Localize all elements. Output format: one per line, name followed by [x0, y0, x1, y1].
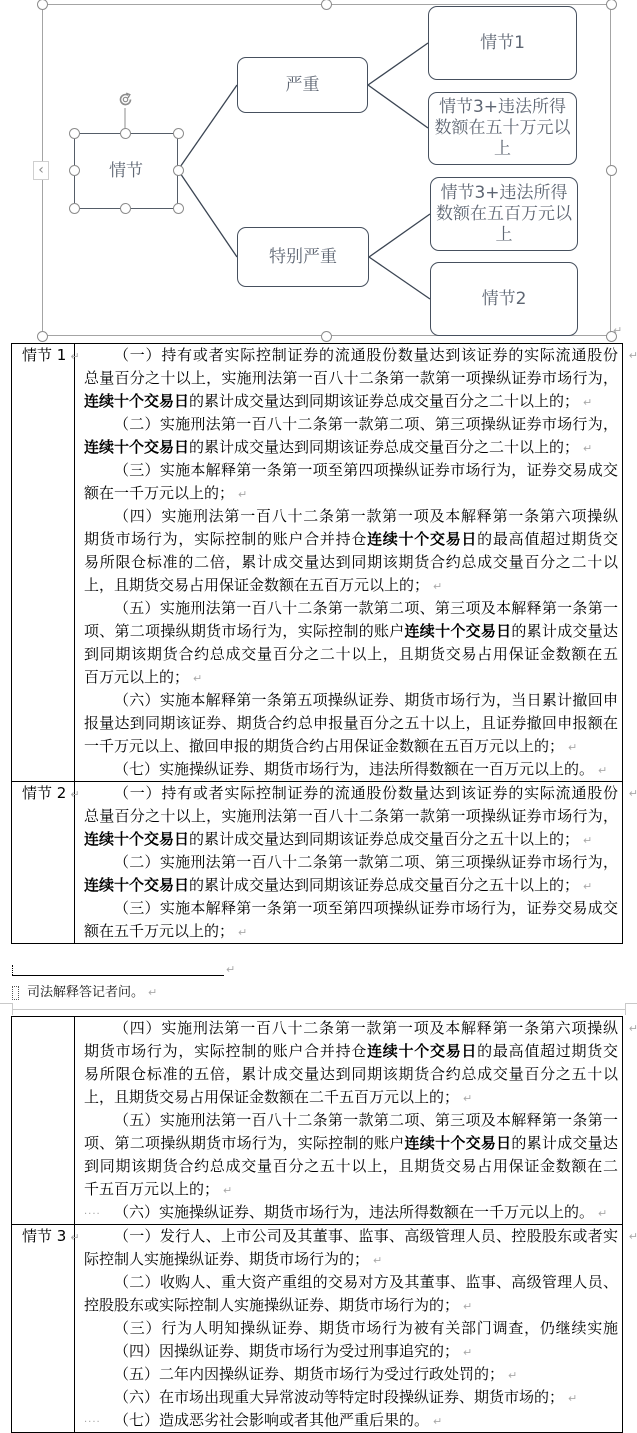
text-segment: （四）因操纵证券、期货市场行为受过刑事追究的； — [114, 1342, 459, 1360]
text-segment: （六）在市场出现重大异常波动等特定时段操纵证券、期货市场的； — [114, 1388, 564, 1406]
rotate-handle-icon[interactable] — [117, 91, 134, 108]
clause-paragraph: （五）实施刑法第一百八十二条第一款第二项、第三项及本解释第一条第一 项、第二项操… — [84, 597, 618, 689]
node-root[interactable]: 情节 — [74, 133, 178, 209]
text-line: 总量百分之十以上，实施刑法第一百八十二条第一款第一项操纵证券市场行为， — [84, 367, 618, 390]
criteria-table-continued: （四）实施刑法第一百八十二条第一款第一项及本解释第一条第六项操纵 期货市场行为，… — [11, 1016, 623, 1433]
paragraph-mark: ↵ — [583, 880, 592, 893]
text-segment: 控股股东或实际控制人实施操纵证券、期货市场行为的； — [84, 1296, 459, 1314]
node-resize-handle-bottom-left[interactable] — [69, 203, 80, 214]
text-line: 期货市场行为，实际控制的账户合并持仓连续十个交易日的最高值超过期货交 — [84, 1040, 618, 1063]
node-label: 特别严重 — [269, 247, 337, 268]
end-of-row-mark: ↵ — [629, 1225, 637, 1248]
frame-resize-handle-bottom[interactable] — [321, 331, 332, 342]
text-line: （六）实施本解释第一条第五项操纵证券、期货市场行为，当日累计撤回申 — [84, 689, 618, 712]
text-segment: 的最高值超过期货交 — [477, 530, 618, 548]
paragraph-mark: ↵ — [463, 1092, 472, 1105]
text-line: （五）二年内因操纵证券、期货市场行为受过行政处罚的；↵ — [84, 1363, 618, 1386]
text-line: （五）实施刑法第一百八十二条第一款第二项、第三项及本解释第一条第一 — [84, 597, 618, 620]
paragraph-mark: ↵ — [373, 1254, 382, 1267]
clause-paragraph: （二）实施刑法第一百八十二条第一款第二项、第三项操纵证券市场行为， 连续十个交易… — [84, 413, 618, 459]
text-line: （四）实施刑法第一百八十二条第一款第一项及本解释第一条第六项操纵 — [84, 505, 618, 528]
node-leaf-plot-3-500k[interactable]: 情节3+违法所得 数额在五十万元以 上 — [428, 92, 577, 165]
node-label: 严重 — [286, 75, 320, 96]
row-content-cell[interactable]: （一）持有或者实际控制证券的流通股份数量达到该证券的实际流通股份 总量百分之十以… — [75, 344, 622, 781]
paragraph-mark: ↵ — [583, 442, 592, 455]
text-line: 额在五千万元以上的；↵ — [84, 920, 618, 943]
text-line: （二）实施刑法第一百八十二条第一款第二项、第三项操纵证券市场行为， — [84, 851, 618, 874]
text-line: 连续十个交易日的累计成交量达到同期该证券总成交量百分之五十以上的；↵ — [84, 874, 618, 897]
paragraph-mark: ↵ — [598, 764, 607, 777]
text-segment: （七）实施操纵证券、期货市场行为，违法所得数额在一百万元以上的。 — [114, 760, 594, 778]
paragraph-mark: ↵ — [583, 834, 592, 847]
node-especially-serious[interactable]: 特别严重 — [237, 227, 369, 287]
text-line: （四）实施刑法第一百八十二条第一款第一项及本解释第一条第六项操纵 — [84, 1017, 618, 1040]
paragraph-mark: ↵ — [598, 1207, 607, 1220]
footnote-separator — [12, 975, 224, 976]
criteria-table: 情节 1↵ （一）持有或者实际控制证券的流通股份数量达到该证券的实际流通股份 总… — [11, 343, 623, 944]
text-line: 总量百分之十以上，实施刑法第一百八十二条第一款第一项操纵证券市场行为， — [84, 805, 618, 828]
paragraph-mark: ↵ — [463, 1300, 472, 1313]
text-line: （三）行为人明知操纵证券、期货市场行为被有关部门调查，仍继续实施的；↵ — [84, 1317, 618, 1340]
paragraph-mark: ↵ — [433, 580, 442, 593]
clause-paragraph: ····（七）造成恶劣社会影响或者其他严重后果的。↵ — [84, 1409, 618, 1432]
text-segment: （三）行为人明知操纵证券、期货市场行为被有关部门调查，仍继续实施的； — [84, 1319, 618, 1340]
row-label-cell[interactable] — [12, 1017, 75, 1224]
row-label: 情节 2 — [22, 784, 66, 802]
text-segment: 的累计成交量达到同期该证券总成交量百分之五十以上的； — [189, 876, 579, 894]
clause-paragraph: （三）行为人明知操纵证券、期货市场行为被有关部门调查，仍继续实施的；↵ — [84, 1317, 618, 1340]
text-segment: 一千万元以上、撤回申报的期货合约占用保证金数额在五百万元以上的； — [84, 737, 564, 755]
node-leaf-plot-2[interactable]: 情节2 — [430, 262, 578, 336]
text-line: （一）持有或者实际控制证券的流通股份数量达到该证券的实际流通股份 — [84, 782, 618, 805]
text-segment: 上，且期货交易占用保证金数额在五百万元以上的； — [84, 576, 429, 594]
clause-paragraph: （六）实施本解释第一条第五项操纵证券、期货市场行为，当日累计撤回申 报量达到同期… — [84, 689, 618, 758]
indent-leader-dots: ···· — [84, 1203, 114, 1224]
clause-paragraph: （一）发行人、上市公司及其董事、监事、高级管理人员、控股股东或者实 际控制人实施… — [84, 1225, 618, 1271]
bold-phrase: 连续十个交易日 — [405, 1134, 512, 1152]
text-line: （三）实施本解释第一条第一项至第四项操纵证券市场行为，证券交易成交 — [84, 459, 618, 482]
row-label-cell[interactable]: 情节 1↵ — [12, 344, 75, 781]
table-row-plot-2-continued: （四）实施刑法第一百八十二条第一款第一项及本解释第一条第六项操纵 期货市场行为，… — [12, 1017, 622, 1224]
paragraph-mark: ↵ — [238, 926, 247, 939]
bold-phrase: 连续十个交易日 — [367, 530, 477, 548]
clause-paragraph: （一）持有或者实际控制证券的流通股份数量达到该证券的实际流通股份 总量百分之十以… — [84, 344, 618, 413]
paragraph-mark: ↵ — [238, 488, 247, 501]
text-line: ····（六）实施操纵证券、期货市场行为，违法所得数额在一千万元以上的。↵ — [84, 1201, 618, 1224]
text-line: 连续十个交易日的累计成交量达到同期该证券总成交量百分之五十以上的；↵ — [84, 828, 618, 851]
text-line: 期货市场行为，实际控制的账户合并持仓连续十个交易日的最高值超过期货交 — [84, 528, 618, 551]
text-segment: 期货市场行为，实际控制的账户合并持仓 — [84, 530, 367, 548]
text-line: 项、第二项操纵期货市场行为，实际控制的账户连续十个交易日的累计成交量达 — [84, 620, 618, 643]
node-label: 情节1 — [480, 33, 525, 54]
chevron-left-icon: ‹ — [38, 162, 44, 178]
smartart-hierarchy-diagram[interactable]: ‹ 情节 严重 特别严重 情节1 情节3+违法所得 数额在五十万元以 上 情节3… — [0, 0, 637, 342]
end-of-row-mark: ↵ — [629, 782, 637, 805]
row-content-cell[interactable]: （一）发行人、上市公司及其董事、监事、高级管理人员、控股股东或者实 际控制人实施… — [75, 1225, 622, 1432]
text-segment: 额在五千万元以上的； — [84, 922, 234, 940]
text-line: （一）持有或者实际控制证券的流通股份数量达到该证券的实际流通股份 — [84, 344, 618, 367]
page-corner-mark-right — [625, 1003, 637, 1004]
text-line: （三）实施本解释第一条第一项至第四项操纵证券市场行为，证券交易成交 — [84, 897, 618, 920]
text-line: （四）因操纵证券、期货市场行为受过刑事追究的；↵ — [84, 1340, 618, 1363]
clause-paragraph: （四）实施刑法第一百八十二条第一款第一项及本解释第一条第六项操纵 期货市场行为，… — [84, 1017, 618, 1109]
text-line: 际控制人实施操纵证券、期货市场行为的；↵ — [84, 1248, 618, 1271]
bold-phrase: 连续十个交易日 — [367, 1042, 477, 1060]
text-line: 连续十个交易日的累计成交量达到同期该证券总成交量百分之二十以上的；↵ — [84, 436, 618, 459]
text-line: （一）发行人、上市公司及其董事、监事、高级管理人员、控股股东或者实 — [84, 1225, 618, 1248]
clause-paragraph: （二）收购人、重大资产重组的交易对方及其董事、监事、高级管理人员、 控股股东或实… — [84, 1271, 618, 1317]
clause-paragraph: （四）实施刑法第一百八十二条第一款第一项及本解释第一条第六项操纵 期货市场行为，… — [84, 505, 618, 597]
paragraph-mark: ↵ — [583, 396, 592, 409]
text-line: 控股股东或实际控制人实施操纵证券、期货市场行为的；↵ — [84, 1294, 618, 1317]
clause-paragraph: （七）实施操纵证券、期货市场行为，违法所得数额在一百万元以上的。↵ — [84, 758, 618, 781]
text-pane-toggle-button[interactable]: ‹ — [33, 161, 49, 180]
table-row-plot-3: 情节 3↵ （一）发行人、上市公司及其董事、监事、高级管理人员、控股股东或者实 … — [12, 1224, 622, 1432]
text-line: （七）实施操纵证券、期货市场行为，违法所得数额在一百万元以上的。↵ — [84, 758, 618, 781]
text-line: （二）实施刑法第一百八十二条第一款第二项、第三项操纵证券市场行为， — [84, 413, 618, 436]
text-segment: （六）实施操纵证券、期货市场行为，违法所得数额在一千万元以上的。 — [114, 1203, 594, 1221]
text-line: 上，且期货交易占用保证金数额在五百万元以上的；↵ — [84, 574, 618, 597]
text-segment: 的累计成交量达到同期该证券总成交量百分之二十以上的； — [189, 392, 579, 410]
text-segment: 的累计成交量达到同期该证券总成交量百分之二十以上的； — [189, 438, 579, 456]
paragraph-mark: ↵ — [508, 1369, 517, 1382]
bold-phrase: 连续十个交易日 — [84, 830, 189, 848]
bold-phrase: 连续十个交易日 — [405, 622, 512, 640]
paragraph-mark: ↵ — [226, 963, 235, 976]
bold-phrase: 连续十个交易日 — [84, 392, 189, 410]
page-corner-mark-right — [625, 1003, 626, 1015]
text-line: 连续十个交易日的累计成交量达到同期该证券总成交量百分之二十以上的；↵ — [84, 390, 618, 413]
node-resize-handle-left[interactable] — [69, 165, 80, 176]
node-label-line: 上 — [496, 225, 513, 246]
paragraph-mark: ↵ — [568, 741, 577, 754]
text-segment: 的累计成交量达 — [511, 622, 618, 640]
paragraph-mark: ↵ — [568, 1392, 577, 1405]
text-line: 易所限仓标准的二倍，累计成交量达到同期该期货合约总成交量百分之二十以 — [84, 551, 618, 574]
node-label: 情节2 — [482, 289, 527, 310]
node-label-line: 情节3+违法所得 — [440, 183, 567, 204]
text-segment: 额在一千万元以上的； — [84, 484, 234, 502]
bold-phrase: 连续十个交易日 — [84, 876, 189, 894]
text-line: 到同期该期货合约总成交量百分之五十以上，且期货交易占用保证金数额在二 — [84, 1155, 618, 1178]
clause-paragraph: （三）实施本解释第一条第一项至第四项操纵证券市场行为，证券交易成交 额在五千万元… — [84, 897, 618, 943]
clause-paragraph: （二）实施刑法第一百八十二条第一款第二项、第三项操纵证券市场行为， 连续十个交易… — [84, 851, 618, 897]
footnote-text: 司法解释答记者问。 — [27, 985, 144, 1000]
row-label-cell[interactable]: 情节 2↵ — [12, 782, 75, 943]
clause-paragraph: （五）实施刑法第一百八十二条第一款第二项、第三项及本解释第一条第一 项、第二项操… — [84, 1109, 618, 1201]
node-leaf-plot-3-5m[interactable]: 情节3+违法所得 数额在五百万元以 上 — [430, 177, 578, 251]
text-segment: 百万元以上的； — [84, 668, 189, 686]
text-segment: 的最高值超过期货交 — [477, 1042, 618, 1060]
node-resize-handle-top-left[interactable] — [69, 128, 80, 139]
text-line: 额在一千万元以上的；↵ — [84, 482, 618, 505]
row-content-cell[interactable]: （四）实施刑法第一百八十二条第一款第一项及本解释第一条第六项操纵 期货市场行为，… — [75, 1017, 622, 1224]
paragraph-mark: ↵ — [433, 1415, 442, 1428]
footnote-separator-anchor — [12, 965, 13, 975]
clause-paragraph: （一）持有或者实际控制证券的流通股份数量达到该证券的实际流通股份 总量百分之十以… — [84, 782, 618, 851]
table-row-plot-1: 情节 1↵ （一）持有或者实际控制证券的流通股份数量达到该证券的实际流通股份 总… — [12, 344, 622, 781]
row-label: 情节 3 — [22, 1227, 66, 1245]
text-segment: 期货市场行为，实际控制的账户合并持仓 — [84, 1042, 367, 1060]
node-resize-handle-bottom-right[interactable] — [173, 203, 184, 214]
row-label-cell[interactable]: 情节 3↵ — [12, 1225, 75, 1432]
text-segment: （五）二年内因操纵证券、期货市场行为受过行政处罚的； — [114, 1365, 504, 1383]
node-label-line: 数额在五十万元以 — [435, 118, 571, 139]
row-content-cell[interactable]: （一）持有或者实际控制证券的流通股份数量达到该证券的实际流通股份 总量百分之十以… — [75, 782, 622, 943]
text-line: （二）收购人、重大资产重组的交易对方及其董事、监事、高级管理人员、 — [84, 1271, 618, 1294]
node-resize-handle-bottom[interactable] — [120, 203, 131, 214]
paragraph-mark: ↵ — [223, 1184, 232, 1197]
node-label: 情节 — [109, 161, 143, 182]
text-line: 一千万元以上、撤回申报的期货合约占用保证金数额在五百万元以上的；↵ — [84, 735, 618, 758]
text-segment: 的累计成交量达到同期该证券总成交量百分之五十以上的； — [189, 830, 579, 848]
text-line: 百万元以上的；↵ — [84, 666, 618, 689]
page-corner-mark-left — [0, 1003, 12, 1004]
table-row-plot-2: 情节 2↵ （一）持有或者实际控制证券的流通股份数量达到该证券的实际流通股份 总… — [12, 781, 622, 943]
node-serious[interactable]: 严重 — [237, 57, 368, 113]
text-segment: 千五百万元以上的； — [84, 1180, 219, 1198]
node-resize-handle-right[interactable] — [173, 165, 184, 176]
clause-paragraph: （五）二年内因操纵证券、期货市场行为受过行政处罚的；↵ — [84, 1363, 618, 1386]
text-line: 千五百万元以上的；↵ — [84, 1178, 618, 1201]
text-line: （五）实施刑法第一百八十二条第一款第二项、第三项及本解释第一条第一 — [84, 1109, 618, 1132]
text-segment: 际控制人实施操纵证券、期货市场行为的； — [84, 1250, 369, 1268]
page-corner-mark-left — [12, 1003, 13, 1015]
node-label-line: 数额在五百万元以 — [436, 204, 572, 225]
row-label: 情节 1 — [22, 346, 66, 364]
paragraph-mark: ↵ — [463, 1346, 472, 1359]
text-segment: 项、第二项操纵期货市场行为，实际控制的账户 — [84, 1134, 405, 1152]
end-of-row-mark: ↵ — [629, 1017, 637, 1040]
page-break-line — [12, 1009, 625, 1010]
node-resize-handle-top-right[interactable] — [173, 128, 184, 139]
clause-paragraph: （六）在市场出现重大异常波动等特定时段操纵证券、期货市场的；↵ — [84, 1386, 618, 1409]
footnote[interactable]: 司法解释答记者问。↵ — [27, 983, 157, 1002]
frame-resize-handle-right[interactable] — [606, 165, 617, 176]
footnote-reference-marker[interactable] — [12, 986, 19, 1000]
frame-resize-handle-bottom-left[interactable] — [37, 331, 48, 342]
text-segment: 上，且期货交易占用保证金数额在二千五百万元以上的； — [84, 1088, 459, 1106]
text-line: （六）在市场出现重大异常波动等特定时段操纵证券、期货市场的；↵ — [84, 1386, 618, 1409]
text-segment: 的累计成交量达 — [511, 1134, 618, 1152]
text-line: ····（七）造成恶劣社会影响或者其他严重后果的。↵ — [84, 1409, 618, 1432]
node-label-line: 情节3+违法所得 — [439, 97, 566, 118]
paragraph-mark: ↵ — [193, 672, 202, 685]
clause-paragraph: （三）实施本解释第一条第一项至第四项操纵证券市场行为，证券交易成交 额在一千万元… — [84, 459, 618, 505]
text-line: 项、第二项操纵期货市场行为，实际控制的账户连续十个交易日的累计成交量达 — [84, 1132, 618, 1155]
node-leaf-plot-1[interactable]: 情节1 — [428, 6, 577, 80]
clause-paragraph: ····（六）实施操纵证券、期货市场行为，违法所得数额在一千万元以上的。↵ — [84, 1201, 618, 1224]
node-label-line: 上 — [494, 139, 511, 160]
indent-leader-dots: ···· — [84, 1411, 114, 1432]
paragraph-mark: ↵ — [613, 324, 622, 337]
text-segment: （七）造成恶劣社会影响或者其他严重后果的。 — [114, 1411, 429, 1429]
text-line: 到同期该期货合约总成交量百分之二十以上，且期货交易占用保证金数额在五 — [84, 643, 618, 666]
end-of-row-mark: ↵ — [629, 344, 637, 367]
text-line: 易所限仓标准的五倍，累计成交量达到同期该期货合约总成交量百分之五十以 — [84, 1063, 618, 1086]
text-line: 报量达到同期该证券、期货合约总申报量百分之五十以上，且证券撤回申报额在 — [84, 712, 618, 735]
bold-phrase: 连续十个交易日 — [84, 438, 189, 456]
text-segment: 项、第二项操纵期货市场行为，实际控制的账户 — [84, 622, 405, 640]
clause-paragraph: （四）因操纵证券、期货市场行为受过刑事追究的；↵ — [84, 1340, 618, 1363]
text-line: 上，且期货交易占用保证金数额在二千五百万元以上的；↵ — [84, 1086, 618, 1109]
node-resize-handle-top[interactable] — [120, 128, 131, 139]
paragraph-mark: ↵ — [148, 986, 157, 999]
